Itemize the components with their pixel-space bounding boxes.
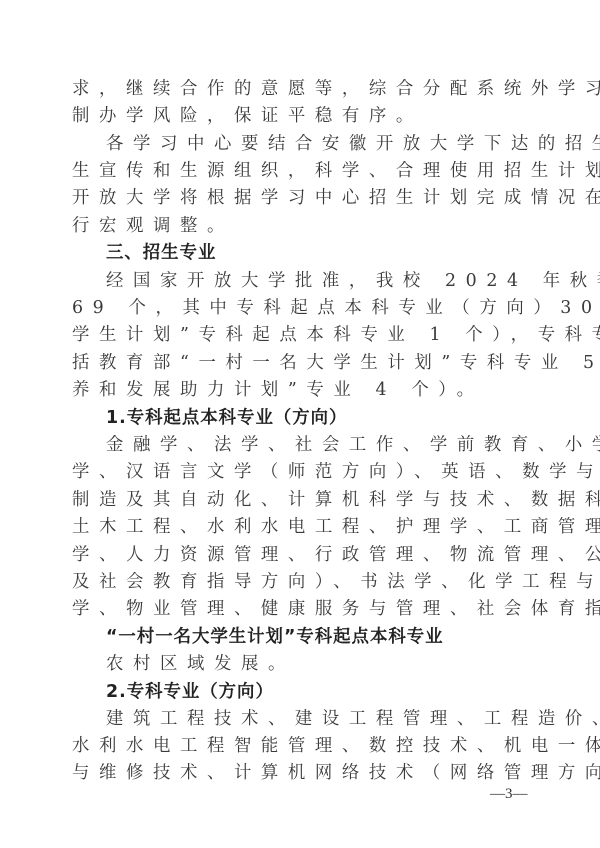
paragraph-line: 与维修技术、计算机网络技术（网络管理方向）、计算机网络技术 — [72, 760, 534, 787]
paragraph-line: 生宣传和生源组织，科学、合理使用招生计划。招生后期，安徽 — [72, 158, 534, 185]
paragraph-line: 括教育部“一村一名大学生计划”专科专业 5 个和“新型产业工人培 — [72, 350, 534, 377]
paragraph-line: 水利水电工程智能管理、数控技术、机电一体化技术、汽车检测 — [72, 733, 534, 760]
paragraph-line: 学、汉语言文学（师范方向）、英语、数学与应用数学、机械设计 — [72, 459, 534, 486]
paragraph-line: 开放大学将根据学习中心招生计划完成情况在本省指标范围内进 — [72, 185, 534, 212]
paragraph-line: 学生计划”专科起点本科专业 1 个），专科专业（方向）39 个（包 — [72, 322, 534, 349]
paragraph-line: 农村区域发展。 — [106, 651, 568, 678]
paragraph-line: 各学习中心要结合安徽开放大学下达的招生计划认真开展招 — [106, 131, 568, 158]
paragraph-line: 制办学风险，保证平稳有序。 — [72, 103, 534, 130]
section-heading: 三、招生专业 — [106, 240, 568, 267]
paragraph-line: 学、物业管理、健康服务与管理、社会体育指导与管理。 — [72, 596, 534, 623]
paragraph-line: 制造及其自动化、计算机科学与技术、数据科学与大数据技术、 — [72, 487, 534, 514]
subsection-heading: 2.专科专业（方向） — [106, 679, 568, 706]
page-number: —3— — [490, 786, 528, 803]
subsection-heading: 1.专科起点本科专业（方向） — [106, 405, 568, 432]
paragraph-line: 金融学、法学、社会工作、学前教育、小学教育、汉语言文 — [106, 432, 568, 459]
paragraph-line: 69 个，其中专科起点本科专业（方向）30 个（包括“一村一名大 — [72, 295, 534, 322]
paragraph-line: 学、人力资源管理、行政管理、物流管理、公共事业管理（家庭 — [72, 542, 534, 569]
paragraph-line: 行宏观调整。 — [72, 213, 534, 240]
paragraph-line: 土木工程、水利水电工程、护理学、工商管理、市场营销、会计 — [72, 514, 534, 541]
paragraph-line: 养和发展助力计划”专业 4 个）。 — [72, 377, 534, 404]
paragraph-line: 及社会教育指导方向）、书法学、化学工程与工艺、电子商务、药 — [72, 569, 534, 596]
document-page: 求，继续合作的意愿等，综合分配系统外学习中心招生计划，控 制办学风险，保证平稳有… — [0, 0, 600, 848]
paragraph-line: 建筑工程技术、建设工程管理、工程造价、现代物业管理、 — [106, 706, 568, 733]
subsection-heading: “一村一名大学生计划”专科起点本科专业 — [106, 624, 568, 651]
paragraph-line: 求，继续合作的意愿等，综合分配系统外学习中心招生计划，控 — [72, 76, 534, 103]
paragraph-line: 经国家开放大学批准，我校 2024 年秋季开设招生专业（方向） — [106, 268, 568, 295]
